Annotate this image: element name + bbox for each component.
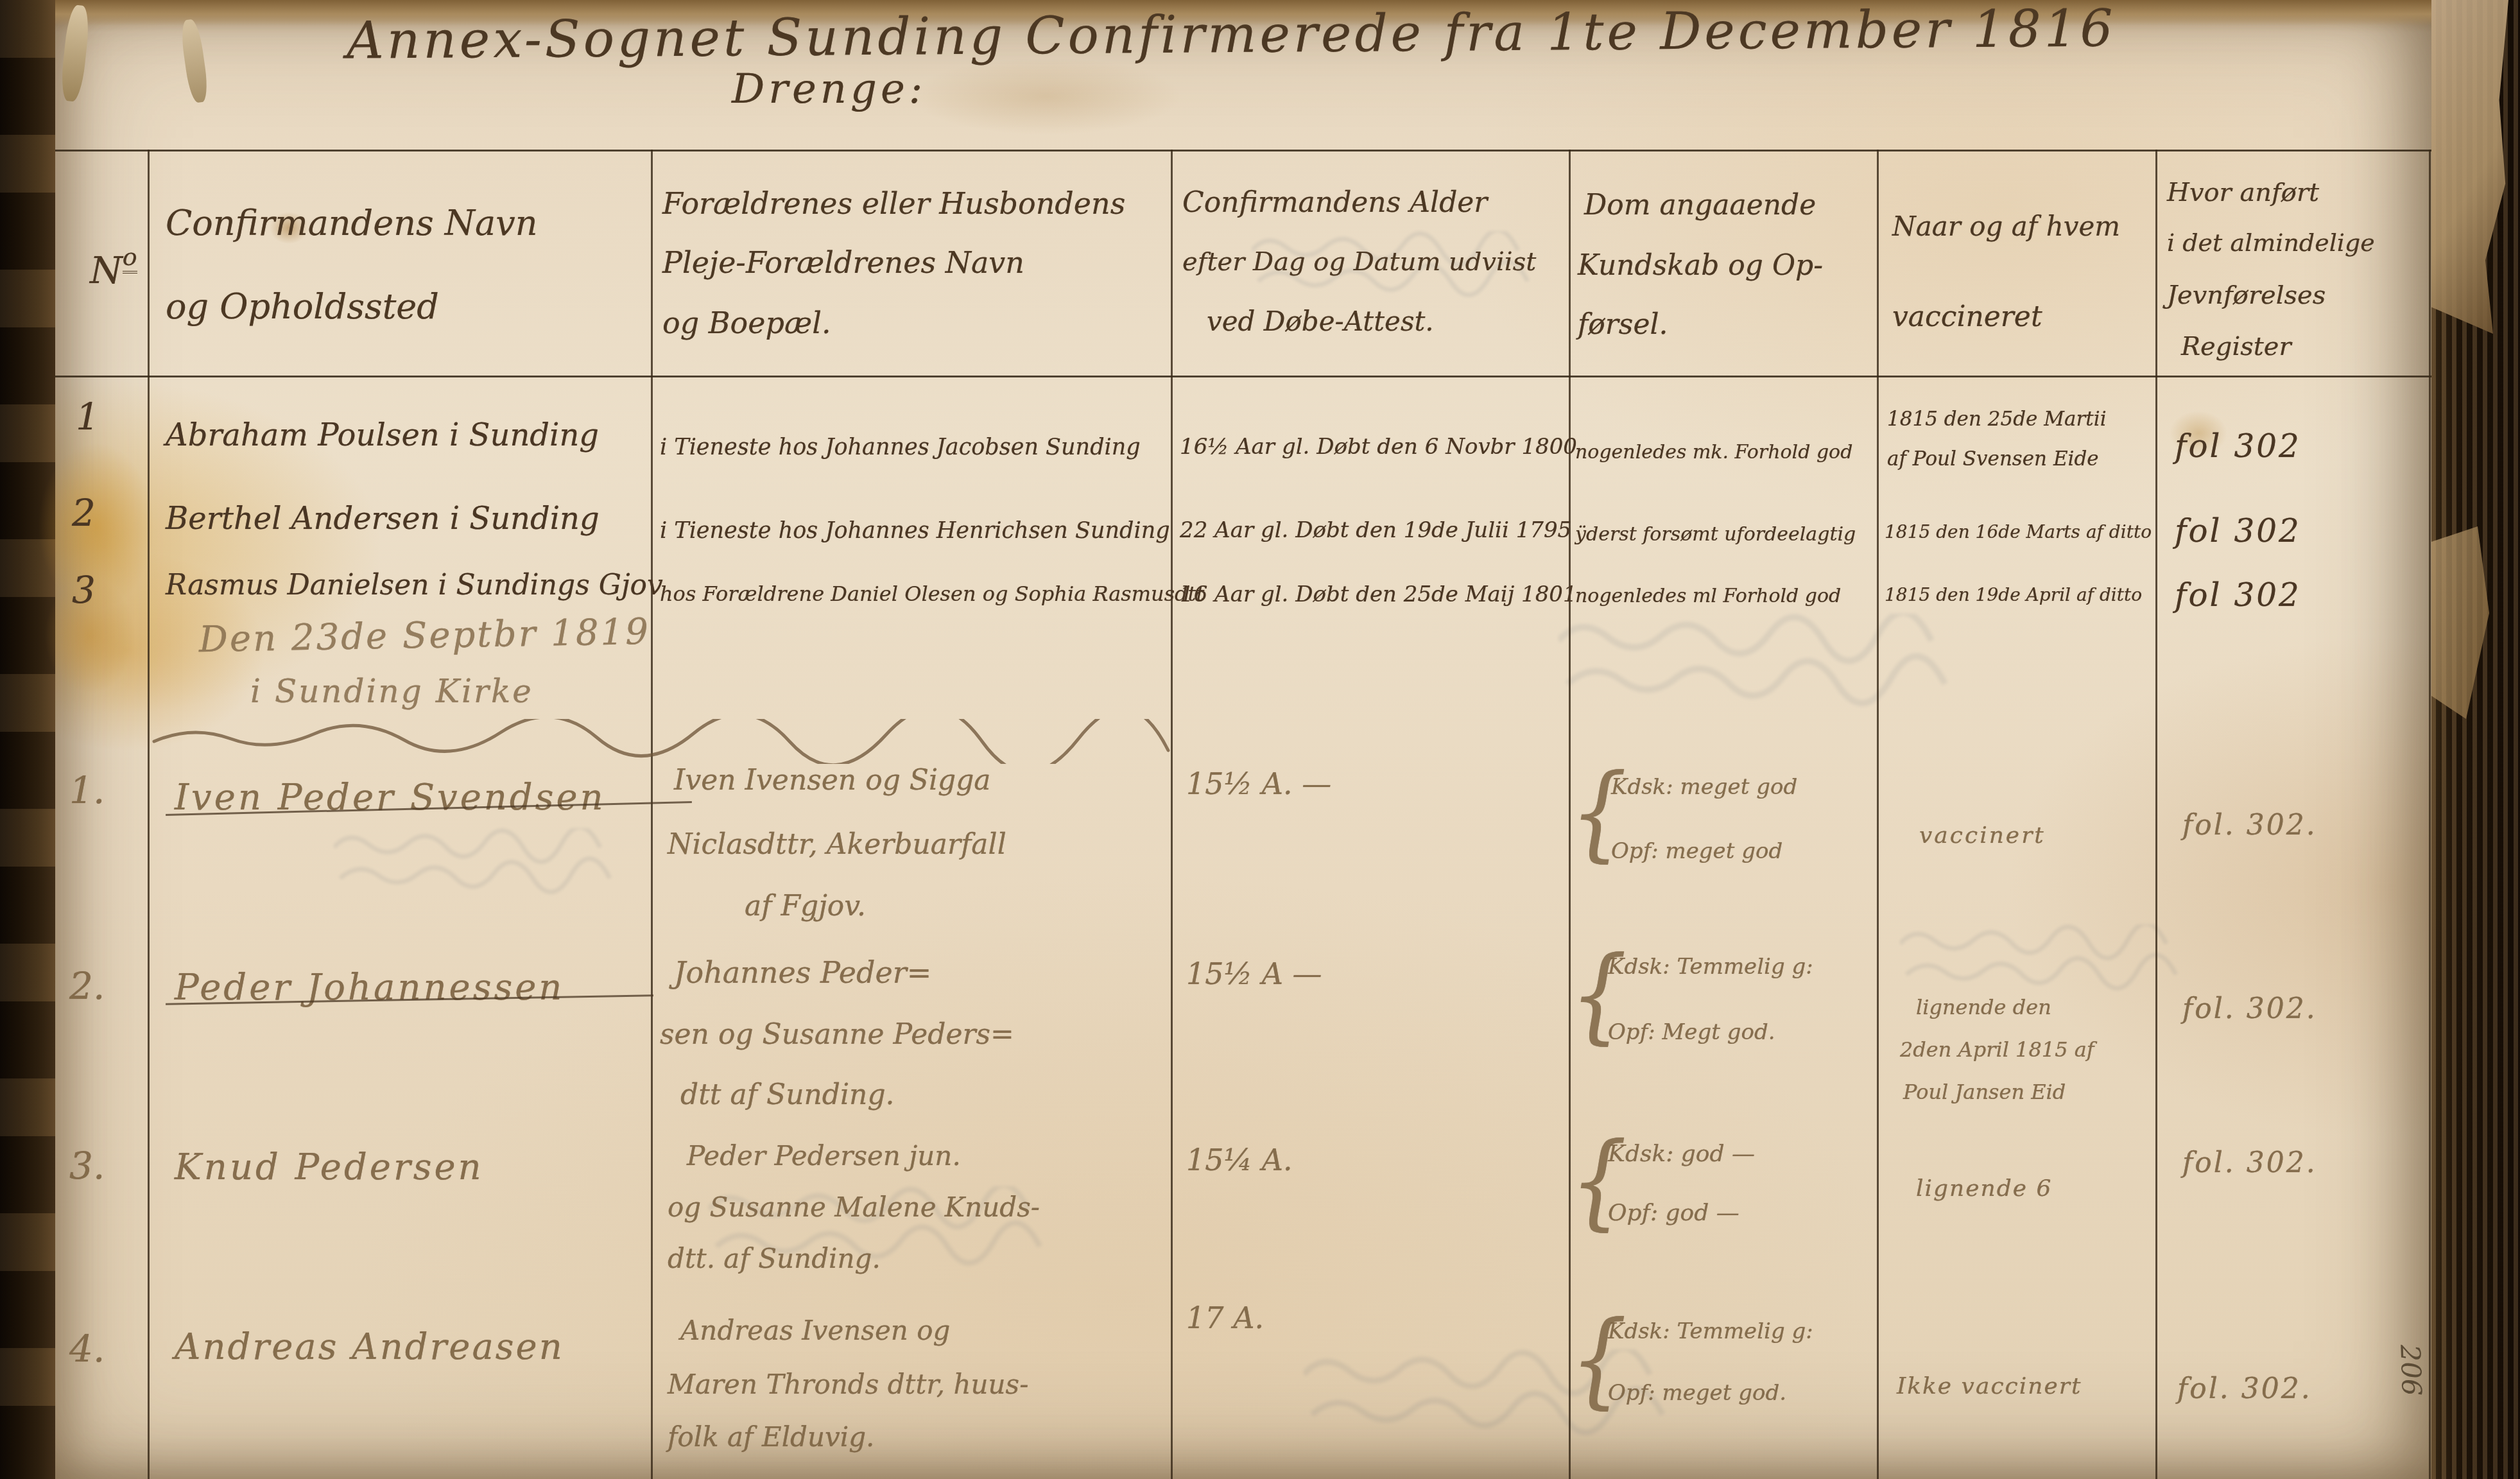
bleed-through-text [1900,924,2195,1001]
vaccination-entry: Ikke vaccinert [1897,1374,2082,1399]
smudge [911,58,1181,135]
parents-entry: hos Forældrene Daniel Olesen og Sophia R… [660,583,1204,605]
knowledge-grade: Kdsk: Temmelig g: [1608,955,1813,979]
table-top-rule [55,150,2431,151]
row-number: 1. [69,770,105,811]
conduct-grade: Opf: Megt god. [1608,1021,1775,1044]
confirmand-name: Berthel Andersen i Sunding [166,502,600,536]
vaccination-entry: lignende den [1916,996,2051,1019]
bleed-through-text [1558,614,1972,722]
header-age-line1: Confirmandens Alder [1182,187,1487,218]
parents-entry: dtt. af Sunding. [668,1244,881,1274]
header-register-line2: i det almindelige [2167,230,2375,257]
vaccination-entry: 1815 den 19de April af ditto [1885,585,2142,605]
parents-entry: Maren Thronds dttr, huus- [668,1370,1028,1399]
row-number: 3. [69,1146,105,1187]
age-entry: 17 A. [1186,1302,1264,1335]
column-divider [148,150,150,1479]
row-number: 2. [69,966,105,1007]
column-divider [1171,150,1173,1479]
header-no-o: o [123,243,137,273]
vaccination-entry: af Poul Svensen Eide [1887,448,2099,470]
row-number: 2 [72,493,96,534]
book-spine-left [0,0,55,1479]
parents-entry: og Susanne Malene Knuds- [668,1193,1040,1222]
knowledge-grade: Kdsk: meget god [1611,775,1797,799]
ceremony-note-line1: Den 23de Septbr 1819 [199,612,651,660]
vaccination-entry: Poul Jansen Eid [1903,1081,2066,1103]
register-folio: fol 302 [2175,578,2301,613]
age-entry: 15½ A. — [1186,768,1331,800]
header-parents-line3: og Boepæl. [662,307,831,340]
header-name-line2: og Opholdssted [166,288,439,325]
header-register-line3: Jevnførelses [2167,281,2326,309]
header-name-line1: Confirmandens Navn [166,204,538,242]
row-number: 4. [69,1329,105,1370]
header-no-n: N [90,248,123,292]
vaccination-entry: 2den April 1815 af [1900,1039,2094,1061]
parents-entry: Johannes Peder= [674,956,931,989]
page-subtitle: Drenge: [732,67,926,112]
knowledge-grade: Kdsk: god — [1608,1141,1755,1167]
age-entry: 16 Aar gl. Døbt den 25de Maij 1801 [1180,583,1577,607]
header-age-line3: ved Døbe-Attest. [1207,307,1434,336]
parents-entry: i Tieneste hos Johannes Jacobsen Sunding [660,435,1141,460]
section-divider-wave [151,719,1204,764]
vaccination-entry: 1815 den 16de Marts af ditto [1885,523,2152,542]
edge-page-number: 206 [2394,1344,2428,1397]
header-vaccinated-line1: Naar og af hvem [1892,212,2120,241]
judgement-entry: ÿderst forsømt ufordeelagtig [1575,524,1856,545]
header-register-line1: Hvor anført [2167,178,2319,207]
register-page: Annex-Sognet Sunding Confirmerede fra 1t… [0,0,2520,1479]
header-parents-line1: Forældrenes eller Husbondens [662,187,1125,220]
header-judgement-line3: førsel. [1578,309,1668,340]
column-divider [2429,150,2431,1479]
header-no: No [90,244,137,291]
judgement-entry: nogenledes mk. Forhold god [1575,442,1852,463]
header-judgement-line1: Dom angaaende [1584,190,1816,221]
conduct-grade: Opf: god — [1608,1200,1739,1226]
header-parents-line2: Pleje-Forældrenes Navn [662,246,1024,279]
parents-entry: Iven Ivensen og Sigga [674,765,991,796]
confirmand-name: Knud Pedersen [175,1148,484,1188]
age-entry: 22 Aar gl. Døbt den 19de Julii 1795 [1180,519,1571,542]
register-folio: fol. 302. [2182,810,2317,841]
register-folio: fol 302 [2175,514,2301,549]
ceremony-note-line2: i Sunding Kirke [250,674,533,709]
knowledge-grade: Kdsk: Temmelig g: [1608,1320,1813,1344]
register-folio: fol. 302. [2182,994,2317,1025]
age-entry: 15½ A — [1186,958,1322,990]
register-folio: fol. 302. [2182,1148,2317,1179]
row-number: 3 [72,570,96,611]
header-bottom-rule [55,376,2431,377]
header-vaccinated-line2: vaccineret [1892,302,2042,333]
column-divider [2155,150,2157,1479]
parents-entry: af Fgjov. [745,891,866,922]
vaccination-entry: 1815 den 25de Martii [1887,408,2107,430]
judgement-entry: nogenledes ml Forhold god [1575,585,1841,607]
age-entry: 16½ Aar gl. Døbt den 6 Novbr 1800 [1180,435,1577,459]
column-divider [651,150,653,1479]
bleed-through-text [334,828,629,905]
conduct-grade: Opf: meget god. [1608,1381,1786,1405]
header-age-line2: efter Dag og Datum udviist [1182,248,1536,276]
page-title: Annex-Sognet Sunding Confirmerede fra 1t… [347,0,2116,69]
vaccination-entry: lignende 6 [1916,1176,2052,1202]
parents-entry: dtt af Sunding. [680,1080,895,1111]
parents-entry: i Tieneste hos Johannes Henrichsen Sundi… [660,519,1170,544]
header-register-line4: Register [2181,333,2291,361]
confirmand-name: Abraham Poulsen i Sunding [166,419,599,453]
parents-entry: folk af Elduvig. [668,1423,874,1452]
confirmand-name: Andreas Andreasen [175,1328,564,1367]
header-judgement-line2: Kundskab og Op- [1578,250,1823,281]
column-divider [1877,150,1879,1479]
parents-entry: Andreas Ivensen og [680,1316,950,1345]
conduct-grade: Opf: meget god [1611,840,1782,863]
register-folio: fol. 302. [2177,1374,2312,1405]
parents-entry: Niclasdttr, Akerbuarfall [668,829,1006,860]
vaccination-entry: vaccinert [1919,823,2046,849]
age-entry: 15¼ A. [1186,1144,1293,1177]
register-folio: fol 302 [2175,429,2301,464]
parents-entry: Peder Pedersen jun. [687,1141,961,1171]
parents-entry: sen og Susanne Peders= [660,1019,1014,1050]
row-number: 1 [76,397,99,438]
confirmand-name: Rasmus Danielsen i Sundings Gjov [166,570,663,601]
